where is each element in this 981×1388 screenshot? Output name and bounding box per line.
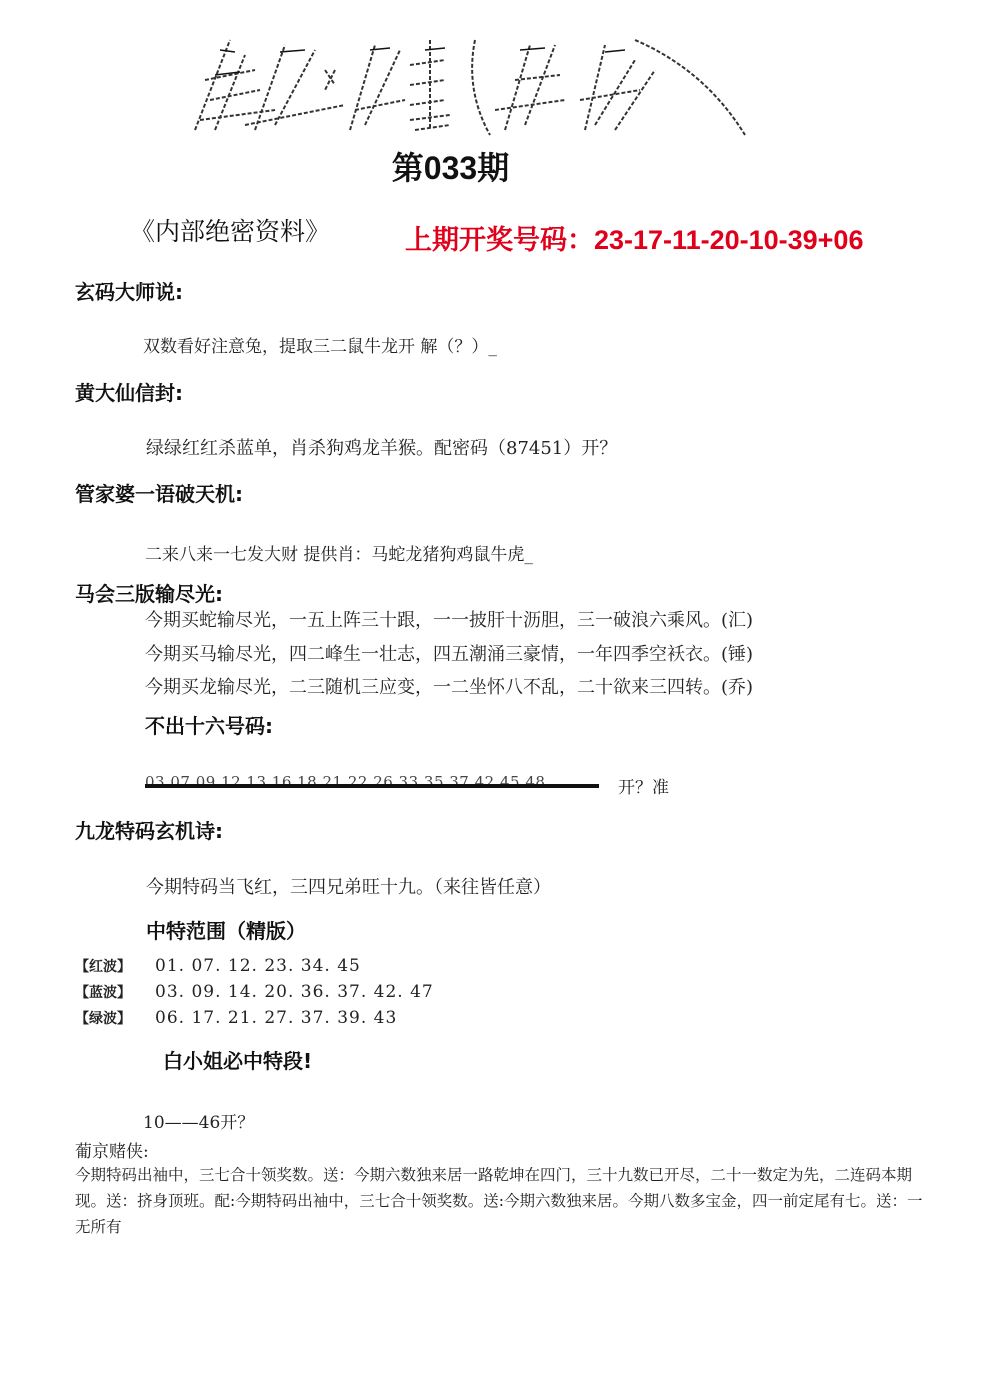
inner-label: 《内部绝密资料》 bbox=[130, 212, 330, 248]
section-heading-pujing: 葡京赌侠: bbox=[75, 1137, 149, 1162]
section-text-jiulong: 今期特码当飞红，三四兄弟旺十九。（来往皆任意） bbox=[146, 873, 551, 899]
section-heading-mahui: 马会三版输尽光: bbox=[75, 578, 223, 607]
section-heading-xuanma: 玄码大师说: bbox=[75, 276, 183, 305]
section-heading-huangdaxian: 黄大仙信封: bbox=[75, 377, 183, 406]
wave-tag-red: 【红波】 bbox=[75, 956, 155, 976]
section-text-bai: 10——46开？ bbox=[143, 1108, 254, 1133]
wave-row-blue: 【蓝波】03. 09. 14. 20. 36. 37. 42. 47 bbox=[75, 982, 434, 1002]
section-heading-no16: 不出十六号码: bbox=[145, 710, 273, 739]
mahui-line-2: 今期买马输尽光，四二峰生一壮志，四五潮涌三豪情，一年四季空袄衣。(锤) bbox=[145, 640, 753, 666]
section-text-guanjiapo: 二来八来一七发大财 提供肖：马蛇龙猪狗鸡鼠牛虎_ bbox=[145, 540, 533, 565]
title-art bbox=[185, 30, 785, 140]
section-text-huangdaxian: 绿绿红红杀蓝单，肖杀狗鸡龙羊猴。配密码（87451）开？ bbox=[146, 434, 617, 460]
wave-row-red: 【红波】01. 07. 12. 23. 34. 45 bbox=[75, 956, 361, 976]
section-text-pujing: 今期特码出袖中，三七合十领奖数。送：今期六数独来居一路乾坤在四门，三十九数已开尽… bbox=[75, 1162, 935, 1240]
wave-tag-blue: 【蓝波】 bbox=[75, 982, 155, 1002]
section-heading-guanjiapo: 管家婆一语破天机: bbox=[75, 478, 243, 507]
section-heading-bai: 白小姐必中特段! bbox=[163, 1045, 312, 1074]
title-calligraphy-graphic bbox=[185, 30, 785, 140]
no16-numbers: 03 07 09 12 13 16 18 21 22 26 33 35 37 4… bbox=[145, 773, 545, 791]
last-draw-result: 上期开奖号码：23-17-11-20-10-39+06 bbox=[405, 218, 863, 257]
no16-suffix: 开？准 bbox=[618, 773, 669, 798]
mahui-line-1: 今期买蛇输尽光，一五上阵三十跟，一一披肝十沥胆，三一破浪六乘风。(汇) bbox=[145, 606, 753, 632]
wave-row-green: 【绿波】06. 17. 21. 27. 37. 39. 43 bbox=[75, 1008, 397, 1028]
section-heading-range: 中特范围（精版） bbox=[146, 915, 306, 944]
issue-number: 第033期 bbox=[0, 143, 981, 189]
section-heading-jiulong: 九龙特码玄机诗: bbox=[75, 815, 223, 844]
wave-tag-green: 【绿波】 bbox=[75, 1008, 155, 1028]
wave-numbers-red: 01. 07. 12. 23. 34. 45 bbox=[155, 956, 361, 976]
issue-text: 第033期 bbox=[392, 150, 509, 186]
strikethrough-line bbox=[145, 784, 599, 788]
section-text-xuanma: 双数看好注意兔，提取三二鼠牛龙开 解（？）_ bbox=[143, 332, 497, 357]
last-draw-label: 上期开奖号码： bbox=[405, 225, 594, 255]
last-draw-numbers: 23-17-11-20-10-39+06 bbox=[594, 225, 863, 255]
wave-numbers-blue: 03. 09. 14. 20. 36. 37. 42. 47 bbox=[155, 982, 434, 1002]
wave-numbers-green: 06. 17. 21. 27. 37. 39. 43 bbox=[155, 1008, 397, 1028]
mahui-line-3: 今期买龙输尽光，二三随机三应变，一二坐怀八不乱，二十欲来三四转。(乔) bbox=[145, 673, 753, 699]
